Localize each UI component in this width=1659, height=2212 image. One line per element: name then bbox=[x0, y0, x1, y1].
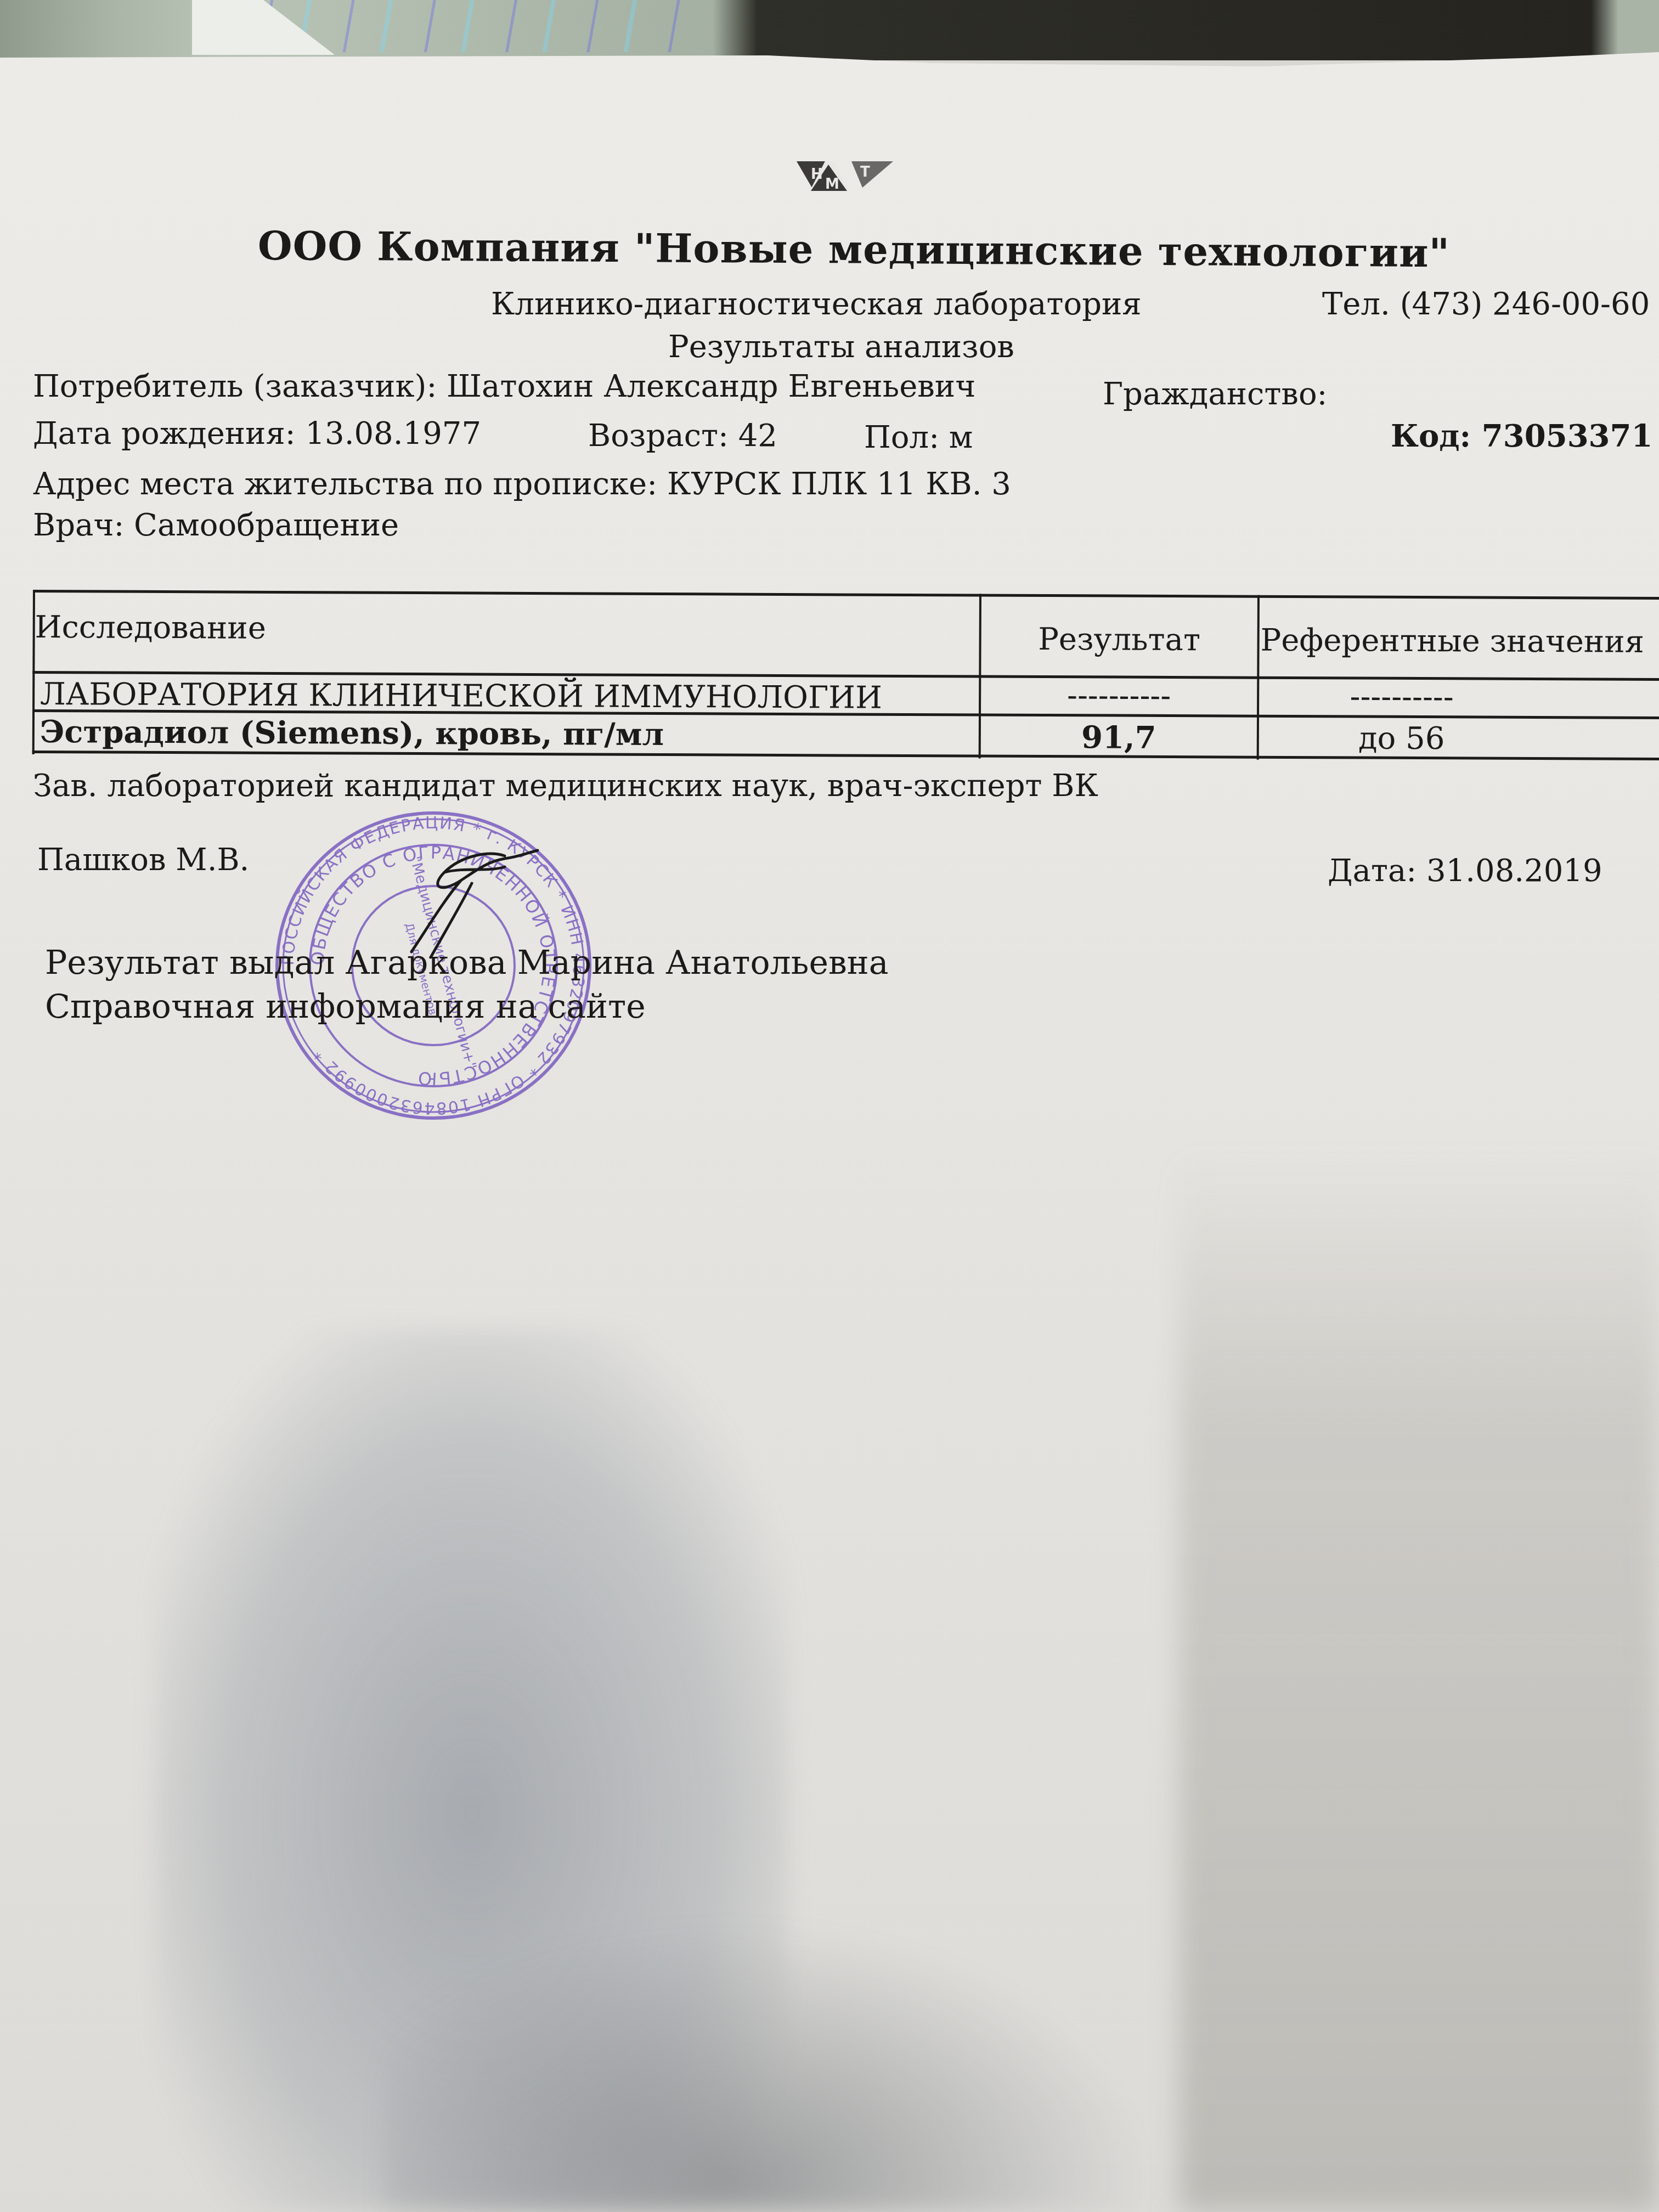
issued-by: Результат выдал Агаркова Марина Анатолье… bbox=[45, 944, 888, 982]
phone-shadow-bottom bbox=[384, 1920, 1152, 2212]
patient-citizenship: Гражданство: bbox=[1103, 376, 1327, 412]
company-name: ООО Компания "Новые медицинские технолог… bbox=[258, 222, 1451, 276]
document-title: Результаты анализов bbox=[668, 329, 1014, 365]
logo-letter-2: М bbox=[825, 176, 839, 192]
report-date: Дата: 31.08.2019 bbox=[1328, 853, 1602, 889]
patient-birth-date: Дата рождения: 13.08.1977 bbox=[33, 416, 481, 452]
column-header-result: Результат bbox=[981, 622, 1257, 658]
logo-letter-1: Н bbox=[811, 166, 823, 183]
row-test-name: ЛАБОРАТОРИЯ КЛИНИЧЕСКОЙ ИММУНОЛОГИИ bbox=[40, 676, 882, 716]
row-test-name: Эстрадиол (Siemens), кровь, пг/мл bbox=[40, 714, 664, 753]
row-reference: ---------- bbox=[1259, 679, 1544, 715]
column-header-reference: Референтные значения bbox=[1260, 623, 1644, 660]
phone-number: Тел. (473) 246-00-60 bbox=[1322, 286, 1650, 322]
head-of-lab-name: Пашков М.В. bbox=[37, 842, 249, 878]
reference-info-note: Справочная информация на сайте bbox=[45, 988, 646, 1026]
patient-sex: Пол: м bbox=[864, 420, 973, 455]
head-of-lab-title: Зав. лабораторией кандидат медицинских н… bbox=[33, 768, 1098, 804]
column-header-test: Исследование bbox=[35, 610, 266, 646]
referring-doctor: Врач: Самообращение bbox=[33, 507, 399, 543]
company-logo-icon: Н М Т bbox=[797, 160, 894, 192]
patient-code: Код: 73053371 bbox=[1391, 418, 1653, 454]
results-table: Исследование Результат Референтные значе… bbox=[32, 590, 1659, 761]
lab-name: Клинико-диагностическая лаборатория bbox=[491, 286, 1142, 322]
row-result: 91,7 bbox=[981, 719, 1257, 757]
row-reference: до 56 bbox=[1259, 720, 1544, 757]
patient-name: Потребитель (заказчик): Шатохин Александ… bbox=[33, 369, 975, 404]
row-result: ---------- bbox=[981, 678, 1257, 714]
patient-age: Возраст: 42 bbox=[588, 418, 777, 454]
logo-letter-3: Т bbox=[860, 164, 870, 180]
patient-address: Адрес места жительства по прописке: КУРС… bbox=[33, 466, 1011, 502]
hand-shadow bbox=[1180, 1152, 1659, 2212]
